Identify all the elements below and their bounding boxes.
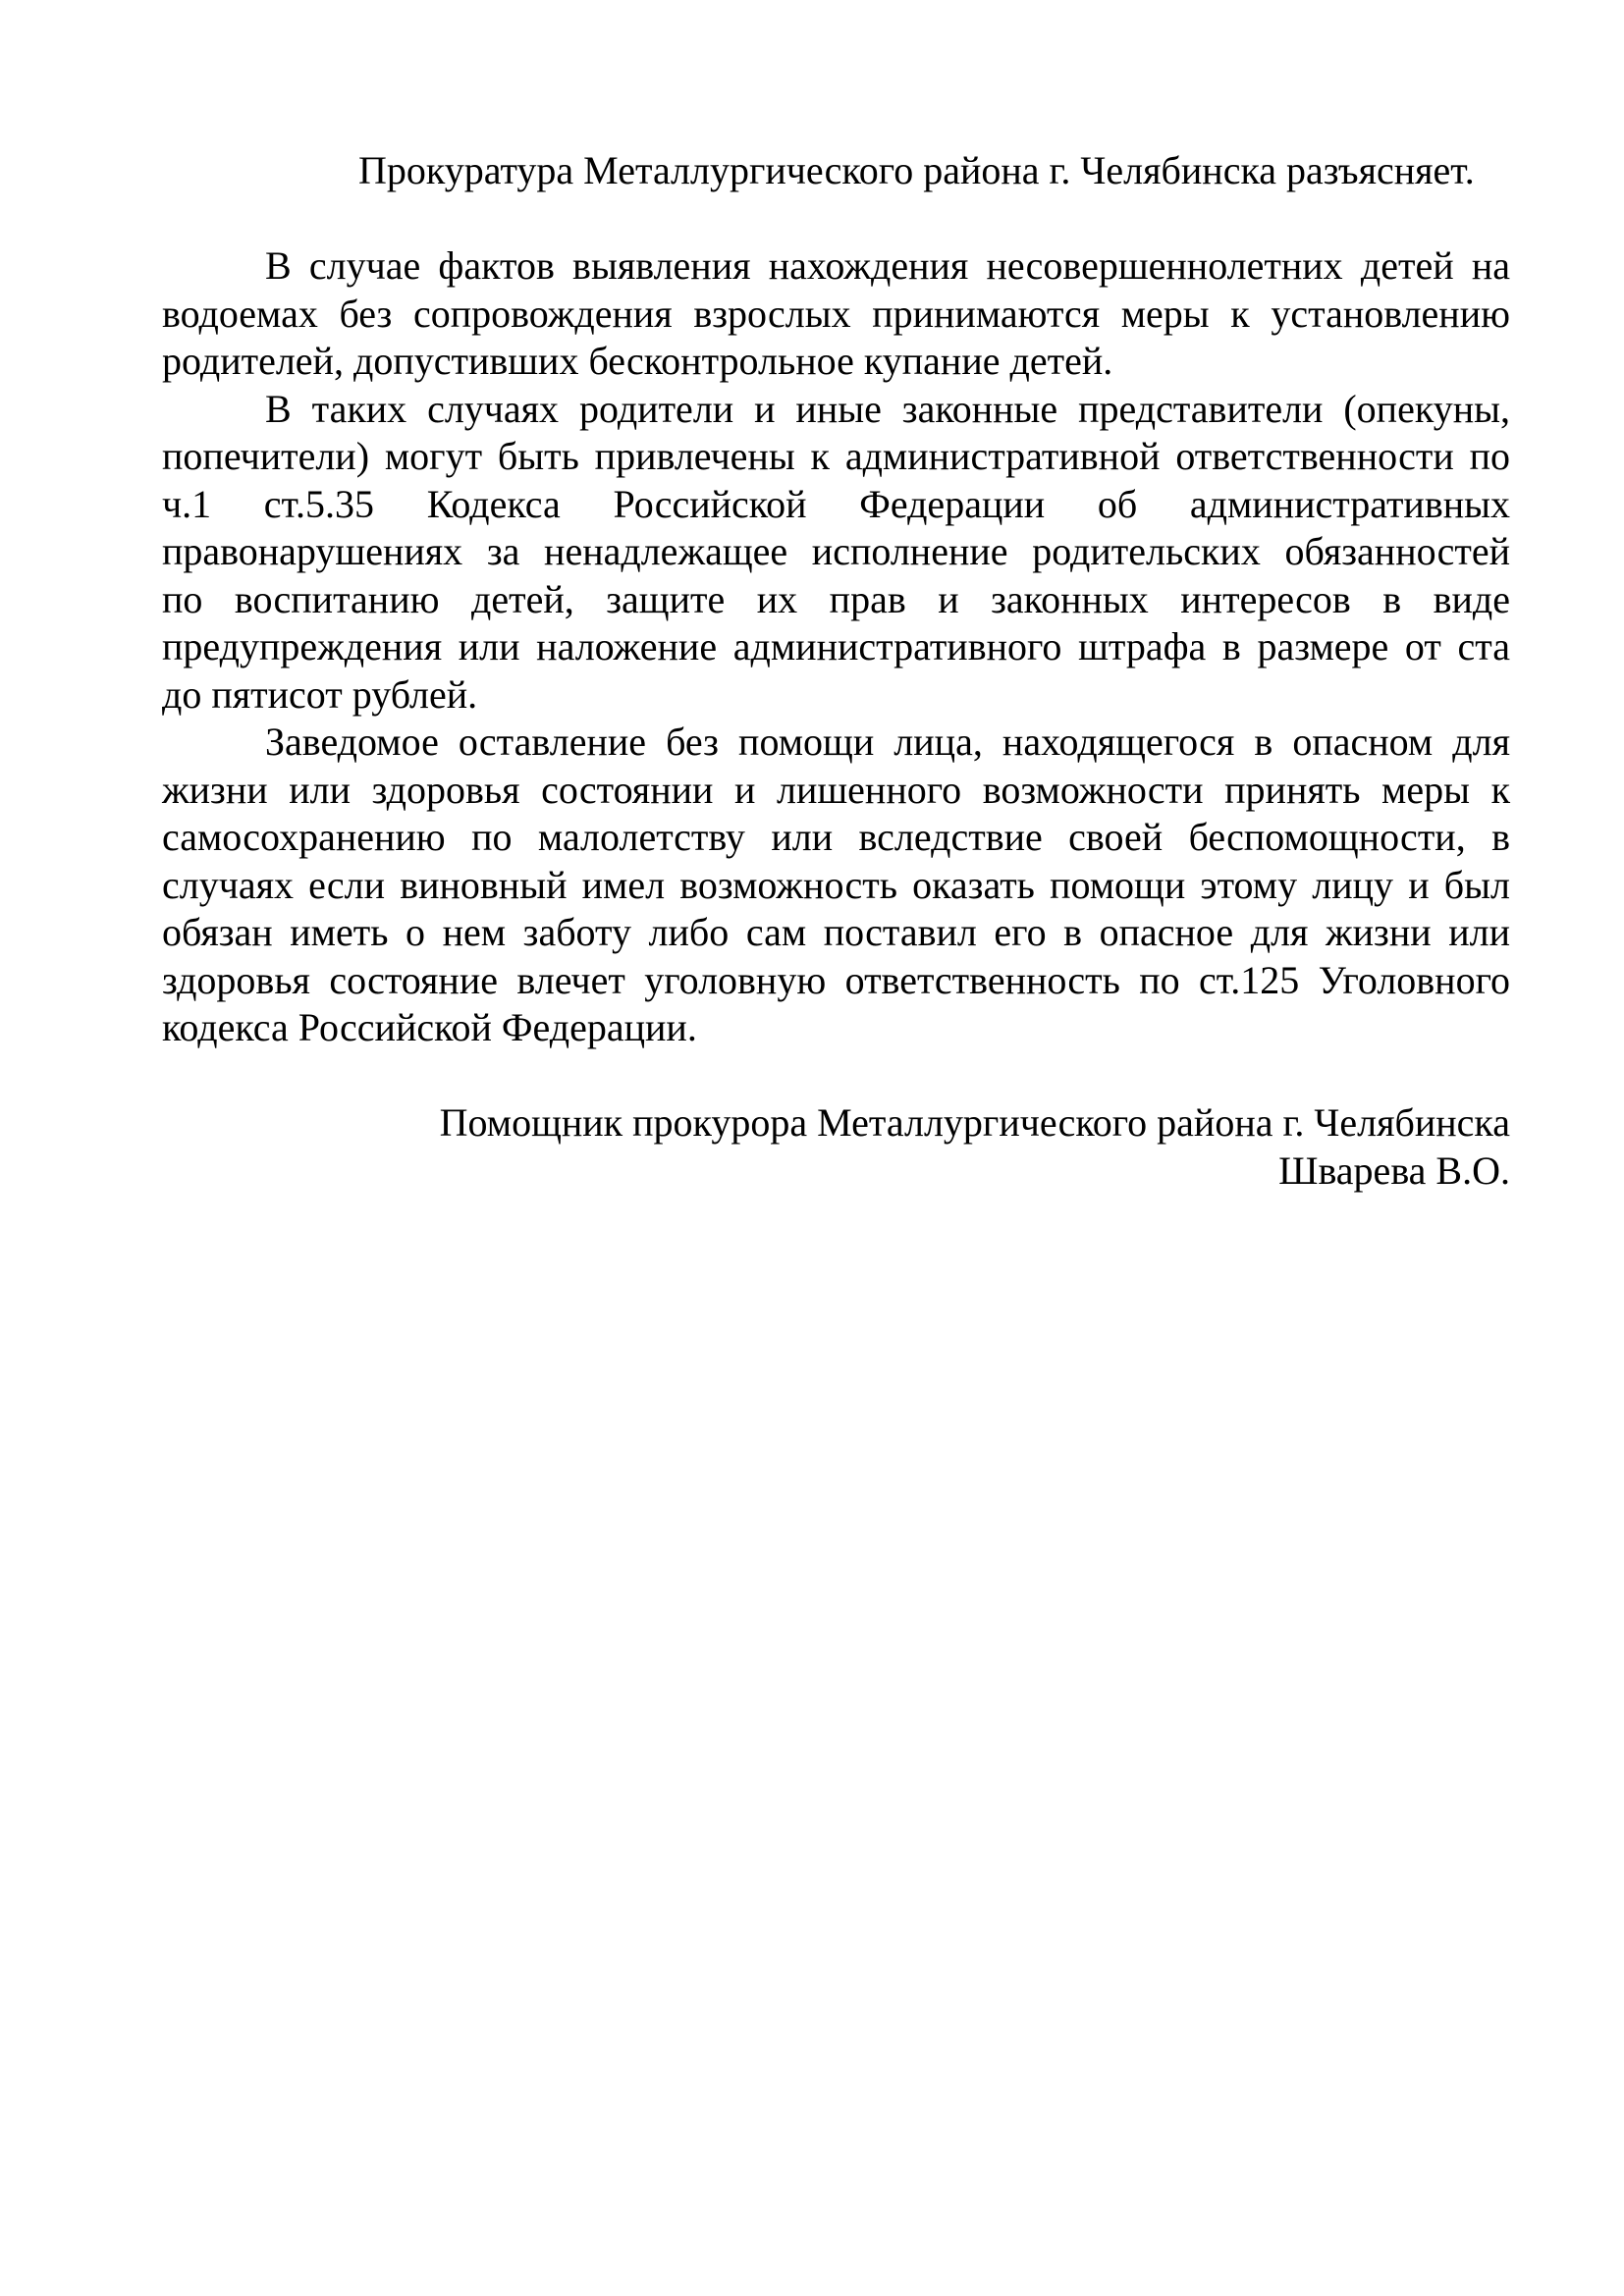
text-line: правонарушениях за ненадлежащее исполнен… [162,528,1510,576]
text-line: по воспитанию детей, защите их прав и за… [162,576,1510,624]
text-line: предупреждения или наложение администрат… [162,623,1510,671]
text-line: обязан иметь о нем заботу либо сам поста… [162,909,1510,957]
text-line: В случае фактов выявления нахождения нес… [162,242,1510,291]
signature-name: Шварева В.О. [162,1148,1510,1196]
text-line: жизни или здоровья состоянии и лишенного… [162,767,1510,815]
text-line: Заведомое оставление без помощи лица, на… [162,719,1510,767]
paragraph-3: Заведомое оставление без помощи лица, на… [162,719,1510,1052]
signature-position: Помощник прокурора Металлургического рай… [162,1099,1510,1148]
text-line: случаях если виновный имел возможность о… [162,862,1510,910]
text-line: В таких случаях родители и иные законные… [162,386,1510,434]
text-line: родителей, допустивших бесконтрольное ку… [162,338,1510,386]
paragraph-2: В таких случаях родители и иные законные… [162,386,1510,720]
text-line: здоровья состояние влечет уголовную отве… [162,957,1510,1005]
blank-line [162,195,1510,243]
text-line: кодекса Российской Федерации. [162,1004,1510,1052]
signature-block: Помощник прокурора Металлургического рай… [162,1099,1510,1195]
document-page: Прокуратура Металлургического района г. … [0,0,1624,2296]
text-line: до пятисот рублей. [162,671,1510,720]
text-line: самосохранению по малолетству или вследс… [162,814,1510,862]
document-content: Прокуратура Металлургического района г. … [162,147,1510,1195]
text-line: ч.1 ст.5.35 Кодекса Российской Федерации… [162,481,1510,529]
text-line: водоемах без сопровождения взрослых прин… [162,291,1510,339]
text-line: попечители) могут быть привлечены к адми… [162,433,1510,481]
paragraph-1: В случае фактов выявления нахождения нес… [162,242,1510,386]
document-title: Прокуратура Металлургического района г. … [162,147,1510,195]
blank-line [162,1052,1510,1100]
